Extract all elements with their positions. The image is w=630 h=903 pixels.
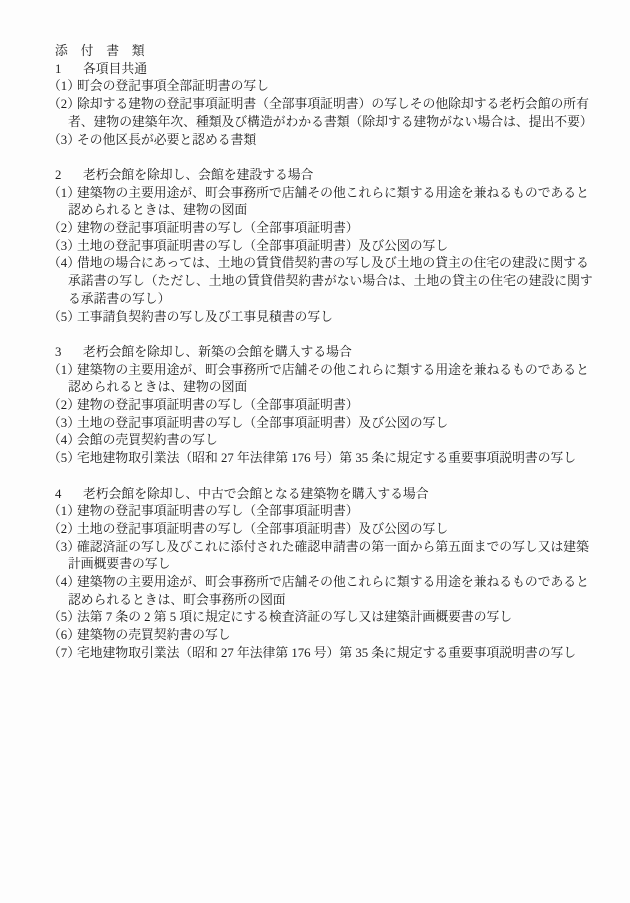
section-2: 2老朽会館を除却し、会館を建設する場合 （1）建築物の主要用途が、町会事務所で店… [48, 167, 594, 326]
list-item: （4）借地の場合にあっては、土地の賃貸借契約書の写し及び土地の貸主の住宅の建設に… [48, 255, 594, 308]
list-item: （1）建築物の主要用途が、町会事務所で店舗その他これらに類する用途を兼ねるもので… [48, 185, 594, 220]
item-text: 借地の場合にあっては、土地の賃貸借契約書の写し及び土地の貸主の住宅の建設に関する… [68, 256, 593, 305]
item-text: 土地の登記事項証明書の写し（全部事項証明書）及び公図の写し [77, 416, 448, 430]
list-item: （3）その他区長が必要と認める書類 [48, 132, 594, 150]
section-heading: 4老朽会館を除却し、中古で会館となる建築物を購入する場合 [55, 486, 594, 504]
item-text: 土地の登記事項証明書の写し（全部事項証明書）及び公図の写し [77, 522, 448, 536]
list-item: （1）町会の登記事項全部証明書の写し [48, 78, 594, 96]
item-marker: （1） [48, 362, 77, 380]
section-number: 4 [55, 486, 83, 504]
section-heading: 3老朽会館を除却し、新築の会館を購入する場合 [55, 344, 594, 362]
item-marker: （5） [48, 609, 77, 627]
item-text: 建築物の主要用途が、町会事務所で店舗その他これらに類する用途を兼ねるものであると… [68, 575, 589, 607]
item-marker: （3） [48, 238, 77, 256]
item-marker: （5） [48, 309, 77, 327]
section-title: 老朽会館を除却し、中古で会館となる建築物を購入する場合 [83, 487, 429, 501]
list-item: （4）建築物の主要用途が、町会事務所で店舗その他これらに類する用途を兼ねるもので… [48, 574, 594, 609]
list-item: （5）法第 7 条の 2 第 5 項に規定にする検査済証の写し又は建築計画概要書… [48, 609, 594, 627]
section-heading: 1各項目共通 [55, 61, 594, 79]
item-marker: （4） [48, 574, 77, 592]
item-text: 工事請負契約書の写し及び工事見積書の写し [77, 310, 333, 324]
list-item: （4）会館の売買契約書の写し [48, 432, 594, 450]
item-text: 建物の登記事項証明書の写し（全部事項証明書） [77, 504, 359, 518]
section-items: （1）町会の登記事項全部証明書の写し （2）除却する建物の登記事項証明書（全部事… [48, 78, 594, 149]
item-text: 建物の登記事項証明書の写し（全部事項証明書） [77, 398, 359, 412]
item-marker: （5） [48, 450, 77, 468]
item-text: 宅地建物取引業法（昭和 27 年法律第 176 号）第 35 条に規定する重要事… [77, 646, 576, 660]
list-item: （2）建物の登記事項証明書の写し（全部事項証明書） [48, 220, 594, 238]
list-item: （2）除却する建物の登記事項証明書（全部事項証明書）の写しその他除却する老朽会館… [48, 96, 594, 131]
item-marker: （2） [48, 397, 77, 415]
item-marker: （3） [48, 415, 77, 433]
item-text: 建築物の売買契約書の写し [77, 628, 231, 642]
item-text: 確認済証の写し及びこれに添付された確認申請書の第一面から第五面までの写し又は建築… [68, 540, 589, 572]
item-text: 除却する建物の登記事項証明書（全部事項証明書）の写しその他除却する老朽会館の所有… [68, 97, 593, 129]
item-text: 建築物の主要用途が、町会事務所で店舗その他これらに類する用途を兼ねるものであると… [68, 363, 589, 395]
section-number: 2 [55, 167, 83, 185]
list-item: （3）土地の登記事項証明書の写し（全部事項証明書）及び公図の写し [48, 238, 594, 256]
document-sections: 1各項目共通 （1）町会の登記事項全部証明書の写し （2）除却する建物の登記事項… [48, 61, 594, 663]
section-3: 3老朽会館を除却し、新築の会館を購入する場合 （1）建築物の主要用途が、町会事務… [48, 344, 594, 468]
item-marker: （1） [48, 503, 77, 521]
item-text: 法第 7 条の 2 第 5 項に規定にする検査済証の写し又は建築計画概要書の写し [77, 610, 512, 624]
item-marker: （4） [48, 432, 77, 450]
item-marker: （4） [48, 255, 77, 273]
list-item: （2）建物の登記事項証明書の写し（全部事項証明書） [48, 397, 594, 415]
list-item: （3）土地の登記事項証明書の写し（全部事項証明書）及び公図の写し [48, 415, 594, 433]
item-marker: （1） [48, 78, 77, 96]
section-items: （1）建築物の主要用途が、町会事務所で店舗その他これらに類する用途を兼ねるもので… [48, 185, 594, 327]
item-marker: （6） [48, 627, 77, 645]
item-text: 土地の登記事項証明書の写し（全部事項証明書）及び公図の写し [77, 239, 448, 253]
section-title: 老朽会館を除却し、新築の会館を購入する場合 [83, 345, 352, 359]
section-1: 1各項目共通 （1）町会の登記事項全部証明書の写し （2）除却する建物の登記事項… [48, 61, 594, 150]
item-marker: （2） [48, 220, 77, 238]
document-page: 添 付 書 類 1各項目共通 （1）町会の登記事項全部証明書の写し （2）除却す… [0, 0, 630, 903]
section-4: 4老朽会館を除却し、中古で会館となる建築物を購入する場合 （1）建物の登記事項証… [48, 486, 594, 663]
section-number: 3 [55, 344, 83, 362]
item-text: 建築物の主要用途が、町会事務所で店舗その他これらに類する用途を兼ねるものであると… [68, 186, 589, 218]
item-marker: （3） [48, 132, 77, 150]
section-heading: 2老朽会館を除却し、会館を建設する場合 [55, 167, 594, 185]
list-item: （5）工事請負契約書の写し及び工事見積書の写し [48, 309, 594, 327]
list-item: （5）宅地建物取引業法（昭和 27 年法律第 176 号）第 35 条に規定する… [48, 450, 594, 468]
item-text: 建物の登記事項証明書の写し（全部事項証明書） [77, 221, 359, 235]
list-item: （1）建物の登記事項証明書の写し（全部事項証明書） [48, 503, 594, 521]
list-item: （6）建築物の売買契約書の写し [48, 627, 594, 645]
item-text: 町会の登記事項全部証明書の写し [77, 79, 269, 93]
item-marker: （7） [48, 645, 77, 663]
section-title: 各項目共通 [83, 62, 147, 76]
section-number: 1 [55, 61, 83, 79]
list-item: （3）確認済証の写し及びこれに添付された確認申請書の第一面から第五面までの写し又… [48, 539, 594, 574]
list-item: （2）土地の登記事項証明書の写し（全部事項証明書）及び公図の写し [48, 521, 594, 539]
section-items: （1）建築物の主要用途が、町会事務所で店舗その他これらに類する用途を兼ねるもので… [48, 362, 594, 468]
item-marker: （1） [48, 185, 77, 203]
item-text: 会館の売買契約書の写し [77, 433, 218, 447]
document-title: 添 付 書 類 [55, 43, 594, 61]
item-text: その他区長が必要と認める書類 [77, 133, 256, 147]
item-marker: （2） [48, 521, 77, 539]
item-text: 宅地建物取引業法（昭和 27 年法律第 176 号）第 35 条に規定する重要事… [77, 451, 576, 465]
section-title: 老朽会館を除却し、会館を建設する場合 [83, 168, 313, 182]
item-marker: （3） [48, 539, 77, 557]
list-item: （7）宅地建物取引業法（昭和 27 年法律第 176 号）第 35 条に規定する… [48, 645, 594, 663]
list-item: （1）建築物の主要用途が、町会事務所で店舗その他これらに類する用途を兼ねるもので… [48, 362, 594, 397]
item-marker: （2） [48, 96, 77, 114]
section-items: （1）建物の登記事項証明書の写し（全部事項証明書） （2）土地の登記事項証明書の… [48, 503, 594, 662]
